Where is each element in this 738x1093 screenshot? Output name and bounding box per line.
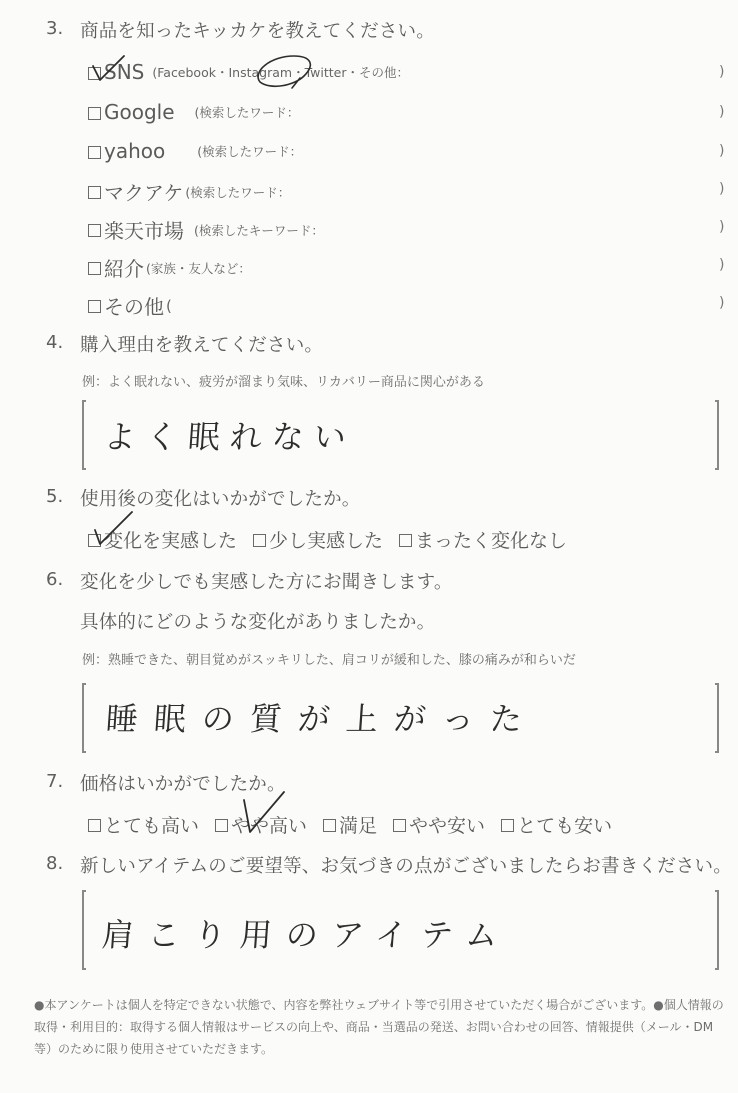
q7-option-satisfied[interactable]: 満足	[323, 811, 377, 838]
close-paren: )	[719, 295, 724, 311]
close-paren: )	[719, 104, 724, 120]
checkbox-other[interactable]	[88, 300, 101, 313]
q3-number: 3.	[46, 18, 63, 39]
answer-bracket-right	[715, 400, 719, 470]
answer-bracket-right	[715, 683, 719, 753]
q3-option-detail: (検索したワード：	[195, 103, 300, 121]
checkmark-icon	[88, 508, 138, 548]
circle-mark-icon	[250, 52, 320, 92]
checkmark-icon	[88, 54, 128, 84]
q3-option-label: Google	[104, 100, 175, 124]
q4-example: 例：よく眠れない、疲労が溜まり気味、リカバリー商品に関心がある	[82, 371, 485, 390]
q7-option-label: とても安い	[517, 811, 612, 838]
close-paren: )	[719, 143, 724, 159]
answer-bracket-left	[82, 683, 86, 753]
q7-option-very-expensive[interactable]: とても高い	[88, 811, 199, 838]
q3-option-makuake[interactable]: マクアケ (検索したワード：	[88, 177, 290, 206]
q7-option-label: やや安い	[409, 811, 485, 838]
q4-question: 購入理由を教えてください。	[80, 331, 323, 357]
q4-answer[interactable]: よく眠れない	[102, 412, 357, 458]
answer-bracket-left	[82, 890, 86, 970]
checkmark-icon	[240, 788, 290, 838]
q8-number: 8.	[46, 853, 63, 874]
q6-example: 例：熟睡できた、朝目覚めがスッキリした、肩コリが緩和した、膝の痛みが和らいだ	[82, 649, 576, 668]
checkbox-makuake[interactable]	[88, 186, 101, 199]
q3-option-yahoo[interactable]: yahoo (検索したワード：	[88, 139, 302, 163]
checkbox-referral[interactable]	[88, 262, 101, 275]
checkbox-google[interactable]	[88, 107, 101, 120]
q7-option-label: とても高い	[104, 811, 199, 838]
checkbox-no-change[interactable]	[399, 534, 412, 547]
checkbox-somewhat-cheap[interactable]	[393, 819, 406, 832]
checkbox-yahoo[interactable]	[88, 146, 101, 159]
q4-number: 4.	[46, 332, 63, 353]
q5-number: 5.	[46, 486, 63, 507]
q3-option-referral[interactable]: 紹介 (家族・友人など：	[88, 253, 251, 282]
q5-option-no-change[interactable]: まったく変化なし	[399, 526, 567, 553]
q3-option-detail: (	[166, 297, 172, 315]
q7-option-label: 満足	[339, 811, 377, 838]
answer-bracket-right	[715, 890, 719, 970]
checkbox-very-expensive[interactable]	[88, 819, 101, 832]
checkbox-very-cheap[interactable]	[501, 819, 514, 832]
q3-question: 商品を知ったキッカケを教えてください。	[80, 17, 435, 43]
q3-option-rakuten[interactable]: 楽天市場 (検索したキーワード：	[88, 215, 324, 244]
q3-option-label: 楽天市場	[104, 215, 184, 244]
answer-bracket-left	[82, 400, 86, 470]
checkbox-somewhat-expensive[interactable]	[215, 819, 228, 832]
q7-option-very-cheap[interactable]: とても安い	[501, 811, 612, 838]
q3-option-sns[interactable]: SNS (Facebook・Instagram・Twitter・その他：	[88, 60, 409, 84]
close-paren: )	[719, 257, 724, 273]
privacy-notice: ●本アンケートは個人を特定できない状態で、内容を弊社ウェブサイト等で引用させてい…	[34, 994, 724, 1060]
q7-option-somewhat-cheap[interactable]: やや安い	[393, 811, 485, 838]
q7-number: 7.	[46, 771, 63, 792]
q6-question-line1: 変化を少しでも実感した方にお聞きします。	[80, 568, 453, 594]
close-paren: )	[719, 64, 724, 80]
q3-option-label: yahoo	[104, 139, 165, 163]
q8-answer[interactable]: 肩こり用のアイテム	[100, 910, 513, 956]
q5-option-label: まったく変化なし	[415, 526, 567, 553]
q5-option-felt-little[interactable]: 少し実感した	[253, 526, 383, 553]
q8-question: 新しいアイテムのご要望等、お気づきの点がございましたらお書きください。	[80, 852, 732, 878]
checkbox-felt-little[interactable]	[253, 534, 266, 547]
q3-option-label: 紹介	[104, 253, 144, 282]
q6-number: 6.	[46, 569, 63, 590]
checkbox-rakuten[interactable]	[88, 224, 101, 237]
q3-option-other[interactable]: その他 (	[88, 291, 172, 320]
close-paren: )	[719, 219, 724, 235]
q7-options: とても高い やや高い 満足 やや安い とても安い	[88, 811, 628, 838]
q6-answer[interactable]: 睡眠の質が上がった	[104, 694, 539, 740]
q5-options: 変化を実感した 少し実感した まったく変化なし	[88, 526, 583, 553]
q3-option-detail: (検索したキーワード：	[194, 221, 324, 239]
q3-option-label: マクアケ	[104, 177, 183, 206]
q3-option-detail: (検索したワード：	[185, 183, 290, 201]
q3-option-detail: (家族・友人など：	[146, 259, 251, 277]
q5-option-label: 少し実感した	[269, 526, 383, 553]
q3-option-detail: (検索したワード：	[197, 142, 302, 160]
checkbox-satisfied[interactable]	[323, 819, 336, 832]
close-paren: )	[719, 181, 724, 197]
q3-option-google[interactable]: Google (検索したワード：	[88, 100, 299, 124]
q3-option-label: その他	[104, 291, 164, 320]
q6-question-line2: 具体的にどのような変化がありましたか。	[80, 608, 435, 634]
